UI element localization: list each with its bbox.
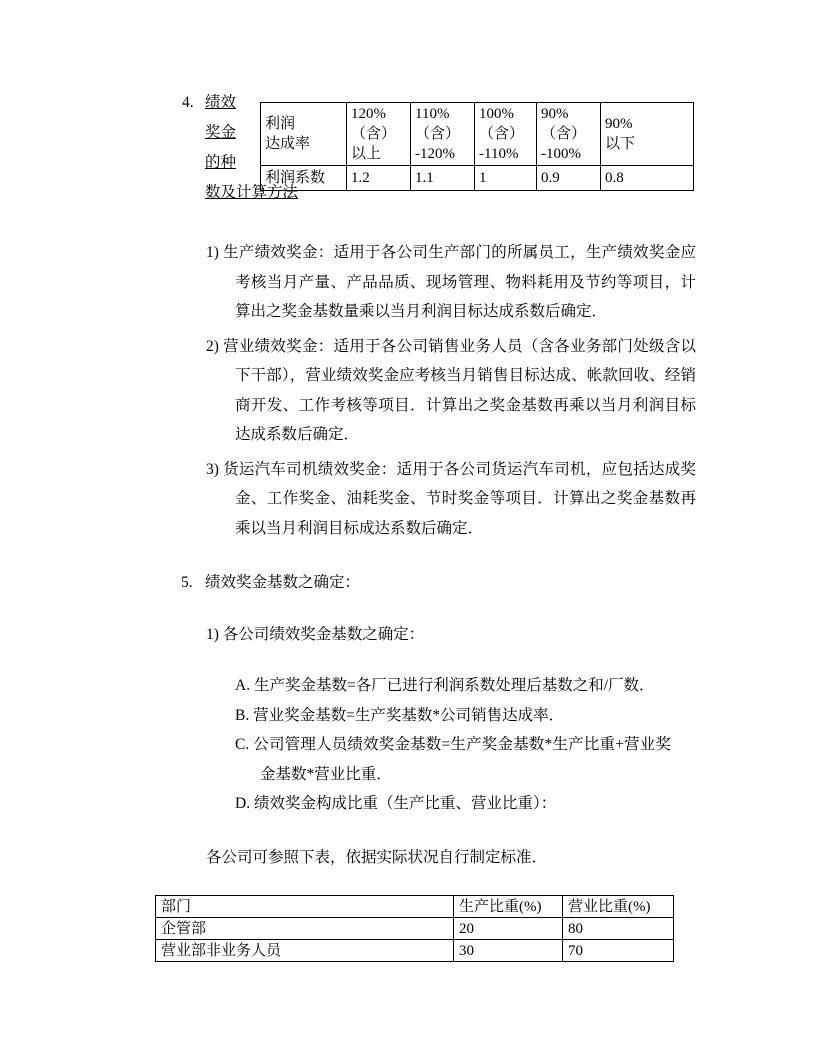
item-text: 生产绩效奖金：适用于各公司生产部门的所属员工，生产绩效奖金应考核当月产量、产品品… (223, 244, 696, 320)
rate-range-cell: 100% （含） -110% (475, 103, 537, 166)
profit-rate-table: 利润 达成率 120% （含） 以上 110% （含） -120% 100% （… (260, 102, 694, 191)
department-cell: 营业部非业务人员 (156, 940, 454, 962)
section4-heading-line: 的种 (205, 148, 236, 178)
section4-number: 4. (182, 88, 194, 118)
rate-row-label: 利润 达成率 (261, 103, 347, 166)
reference-note: 各公司可参照下表，依据实际状况自行制定标准． (206, 843, 547, 873)
item-text: 营业绩效奖金：适用于各公司销售业务人员（含各业务部门处级含以下干部），营业绩效奖… (223, 338, 696, 444)
section5-letter-list: A. 生产奖金基数=各厂已进行利润系数处理后基数之和/厂数． B. 营业奖金基数… (235, 671, 671, 819)
section5-heading: 绩效奖金基数之确定： (205, 568, 360, 598)
table-row: 营业部非业务人员 30 70 (156, 940, 674, 962)
item-text: 营业奖金基数=生产奖基数*公司销售达成率． (253, 707, 564, 724)
coefficient-cell: 1.2 (347, 166, 411, 191)
coefficient-cell: 1 (475, 166, 537, 191)
table-row: 企管部 20 80 (156, 918, 674, 940)
item-letter: D. (235, 795, 250, 812)
production-ratio-cell: 30 (454, 940, 563, 962)
section4-heading-line: 绩效 (205, 88, 236, 118)
item-text: 公司管理人员绩效奖金基数=生产奖金基数*生产比重+营业奖金基数*营业比重． (253, 736, 671, 783)
list-item: 3) 货运汽车司机绩效奖金：适用于各公司货运汽车司机，应包括达成奖金、工作奖金、… (206, 455, 696, 544)
column-header: 营业比重(%) (563, 896, 674, 918)
item-number: 2) (206, 338, 219, 355)
item-letter: C. (235, 736, 249, 753)
list-item: D. 绩效奖金构成比重（生产比重、营业比重）： (235, 789, 671, 819)
section4-item-list: 1) 生产绩效奖金：适用于各公司生产部门的所属员工，生产绩效奖金应考核当月产量、… (206, 238, 696, 543)
coefficient-cell: 0.9 (537, 166, 601, 191)
coefficient-cell: 0.8 (601, 166, 694, 191)
column-header: 部门 (156, 896, 454, 918)
item-number: 1) (206, 244, 219, 261)
department-cell: 企管部 (156, 918, 454, 940)
item-number: 1) (206, 626, 219, 643)
item-text: 各公司绩效奖金基数之确定： (223, 626, 425, 643)
rate-range-cell: 110% （含） -120% (411, 103, 475, 166)
coefficient-cell: 1.1 (411, 166, 475, 191)
coefficient-row-label: 利润系数 (261, 166, 347, 191)
sales-ratio-cell: 70 (563, 940, 674, 962)
item-letter: A. (235, 677, 250, 694)
item-text: 生产奖金基数=各厂已进行利润系数处理后基数之和/厂数． (254, 677, 655, 694)
list-item: B. 营业奖金基数=生产奖基数*公司销售达成率． (235, 701, 671, 731)
table-row: 利润系数 1.2 1.1 1 0.9 0.8 (261, 166, 694, 191)
production-ratio-cell: 20 (454, 918, 563, 940)
sales-ratio-cell: 80 (563, 918, 674, 940)
rate-range-cell: 90% 以下 (601, 103, 694, 166)
list-item: 2) 营业绩效奖金：适用于各公司销售业务人员（含各业务部门处级含以下干部），营业… (206, 332, 696, 450)
document-page: 4. 绩效 奖金 的种 数及计算方法 利润 达成率 120% （含） 以上 11… (0, 0, 816, 1056)
item-text: 绩效奖金构成比重（生产比重、营业比重）： (254, 795, 556, 812)
list-item: A. 生产奖金基数=各厂已进行利润系数处理后基数之和/厂数． (235, 671, 671, 701)
section5-number: 5. (181, 568, 193, 598)
rate-range-cell: 120% （含） 以上 (347, 103, 411, 166)
section4-heading-line: 奖金 (205, 118, 236, 148)
section5-sub-item: 1) 各公司绩效奖金基数之确定： (206, 620, 424, 650)
item-number: 3) (206, 461, 219, 478)
table-header-row: 部门 生产比重(%) 营业比重(%) (156, 896, 674, 918)
list-item: 1) 生产绩效奖金：适用于各公司生产部门的所属员工，生产绩效奖金应考核当月产量、… (206, 238, 696, 327)
department-ratio-table: 部门 生产比重(%) 营业比重(%) 企管部 20 80 营业部非业务人员 30… (155, 895, 674, 962)
rate-range-cell: 90% （含） -100% (537, 103, 601, 166)
table-row: 利润 达成率 120% （含） 以上 110% （含） -120% 100% （… (261, 103, 694, 166)
column-header: 生产比重(%) (454, 896, 563, 918)
item-letter: B. (235, 707, 249, 724)
item-text: 货运汽车司机绩效奖金：适用于各公司货运汽车司机，应包括达成奖金、工作奖金、油耗奖… (223, 461, 696, 537)
list-item: C. 公司管理人员绩效奖金基数=生产奖金基数*生产比重+营业奖金基数*营业比重． (235, 730, 671, 789)
